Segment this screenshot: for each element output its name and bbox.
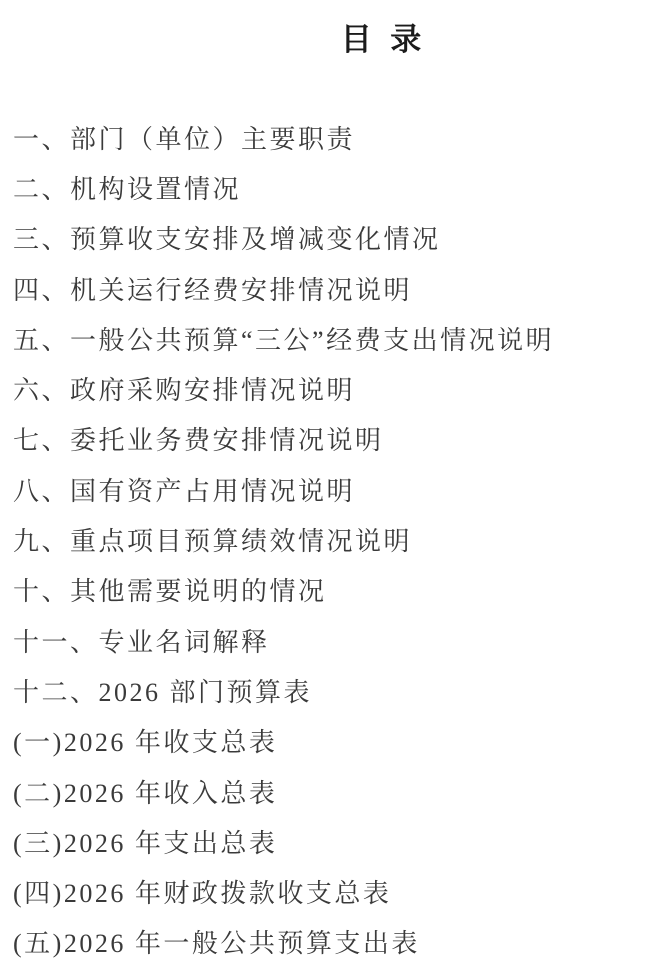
document-page: 目 录 一、部门（单位）主要职责 二、机构设置情况 三、预算收支安排及增减变化情… (0, 0, 651, 973)
toc-item-state-assets: 八、国有资产占用情况说明 (0, 464, 651, 514)
toc-item-table-1: (一)2026 年收支总表 (0, 716, 651, 766)
toc-item-table-2: (二)2026 年收入总表 (0, 766, 651, 816)
toc-item-entrusted-fees: 七、委托业务费安排情况说明 (0, 414, 651, 464)
toc-item-operating-funds: 四、机关运行经费安排情况说明 (0, 263, 651, 313)
toc-item-three-public-funds: 五、一般公共预算“三公”经费支出情况说明 (0, 313, 651, 363)
toc-item-table-5: (五)2026 年一般公共预算支出表 (0, 917, 651, 967)
toc-item-terminology: 十一、专业名词解释 (0, 615, 651, 665)
toc-item-main-duties: 一、部门（单位）主要职责 (0, 112, 651, 162)
toc-item-budget-tables: 十二、2026 部门预算表 (0, 665, 651, 715)
toc-item-key-projects: 九、重点项目预算绩效情况说明 (0, 514, 651, 564)
toc-item-org-setup: 二、机构设置情况 (0, 162, 651, 212)
toc-list: 一、部门（单位）主要职责 二、机构设置情况 三、预算收支安排及增减变化情况 四、… (0, 112, 651, 967)
toc-item-gov-procurement: 六、政府采购安排情况说明 (0, 363, 651, 413)
page-title: 目 录 (0, 0, 651, 58)
toc-item-table-3: (三)2026 年支出总表 (0, 816, 651, 866)
toc-item-table-4: (四)2026 年财政拨款收支总表 (0, 866, 651, 916)
toc-item-budget-changes: 三、预算收支安排及增减变化情况 (0, 213, 651, 263)
toc-item-other-notes: 十、其他需要说明的情况 (0, 565, 651, 615)
